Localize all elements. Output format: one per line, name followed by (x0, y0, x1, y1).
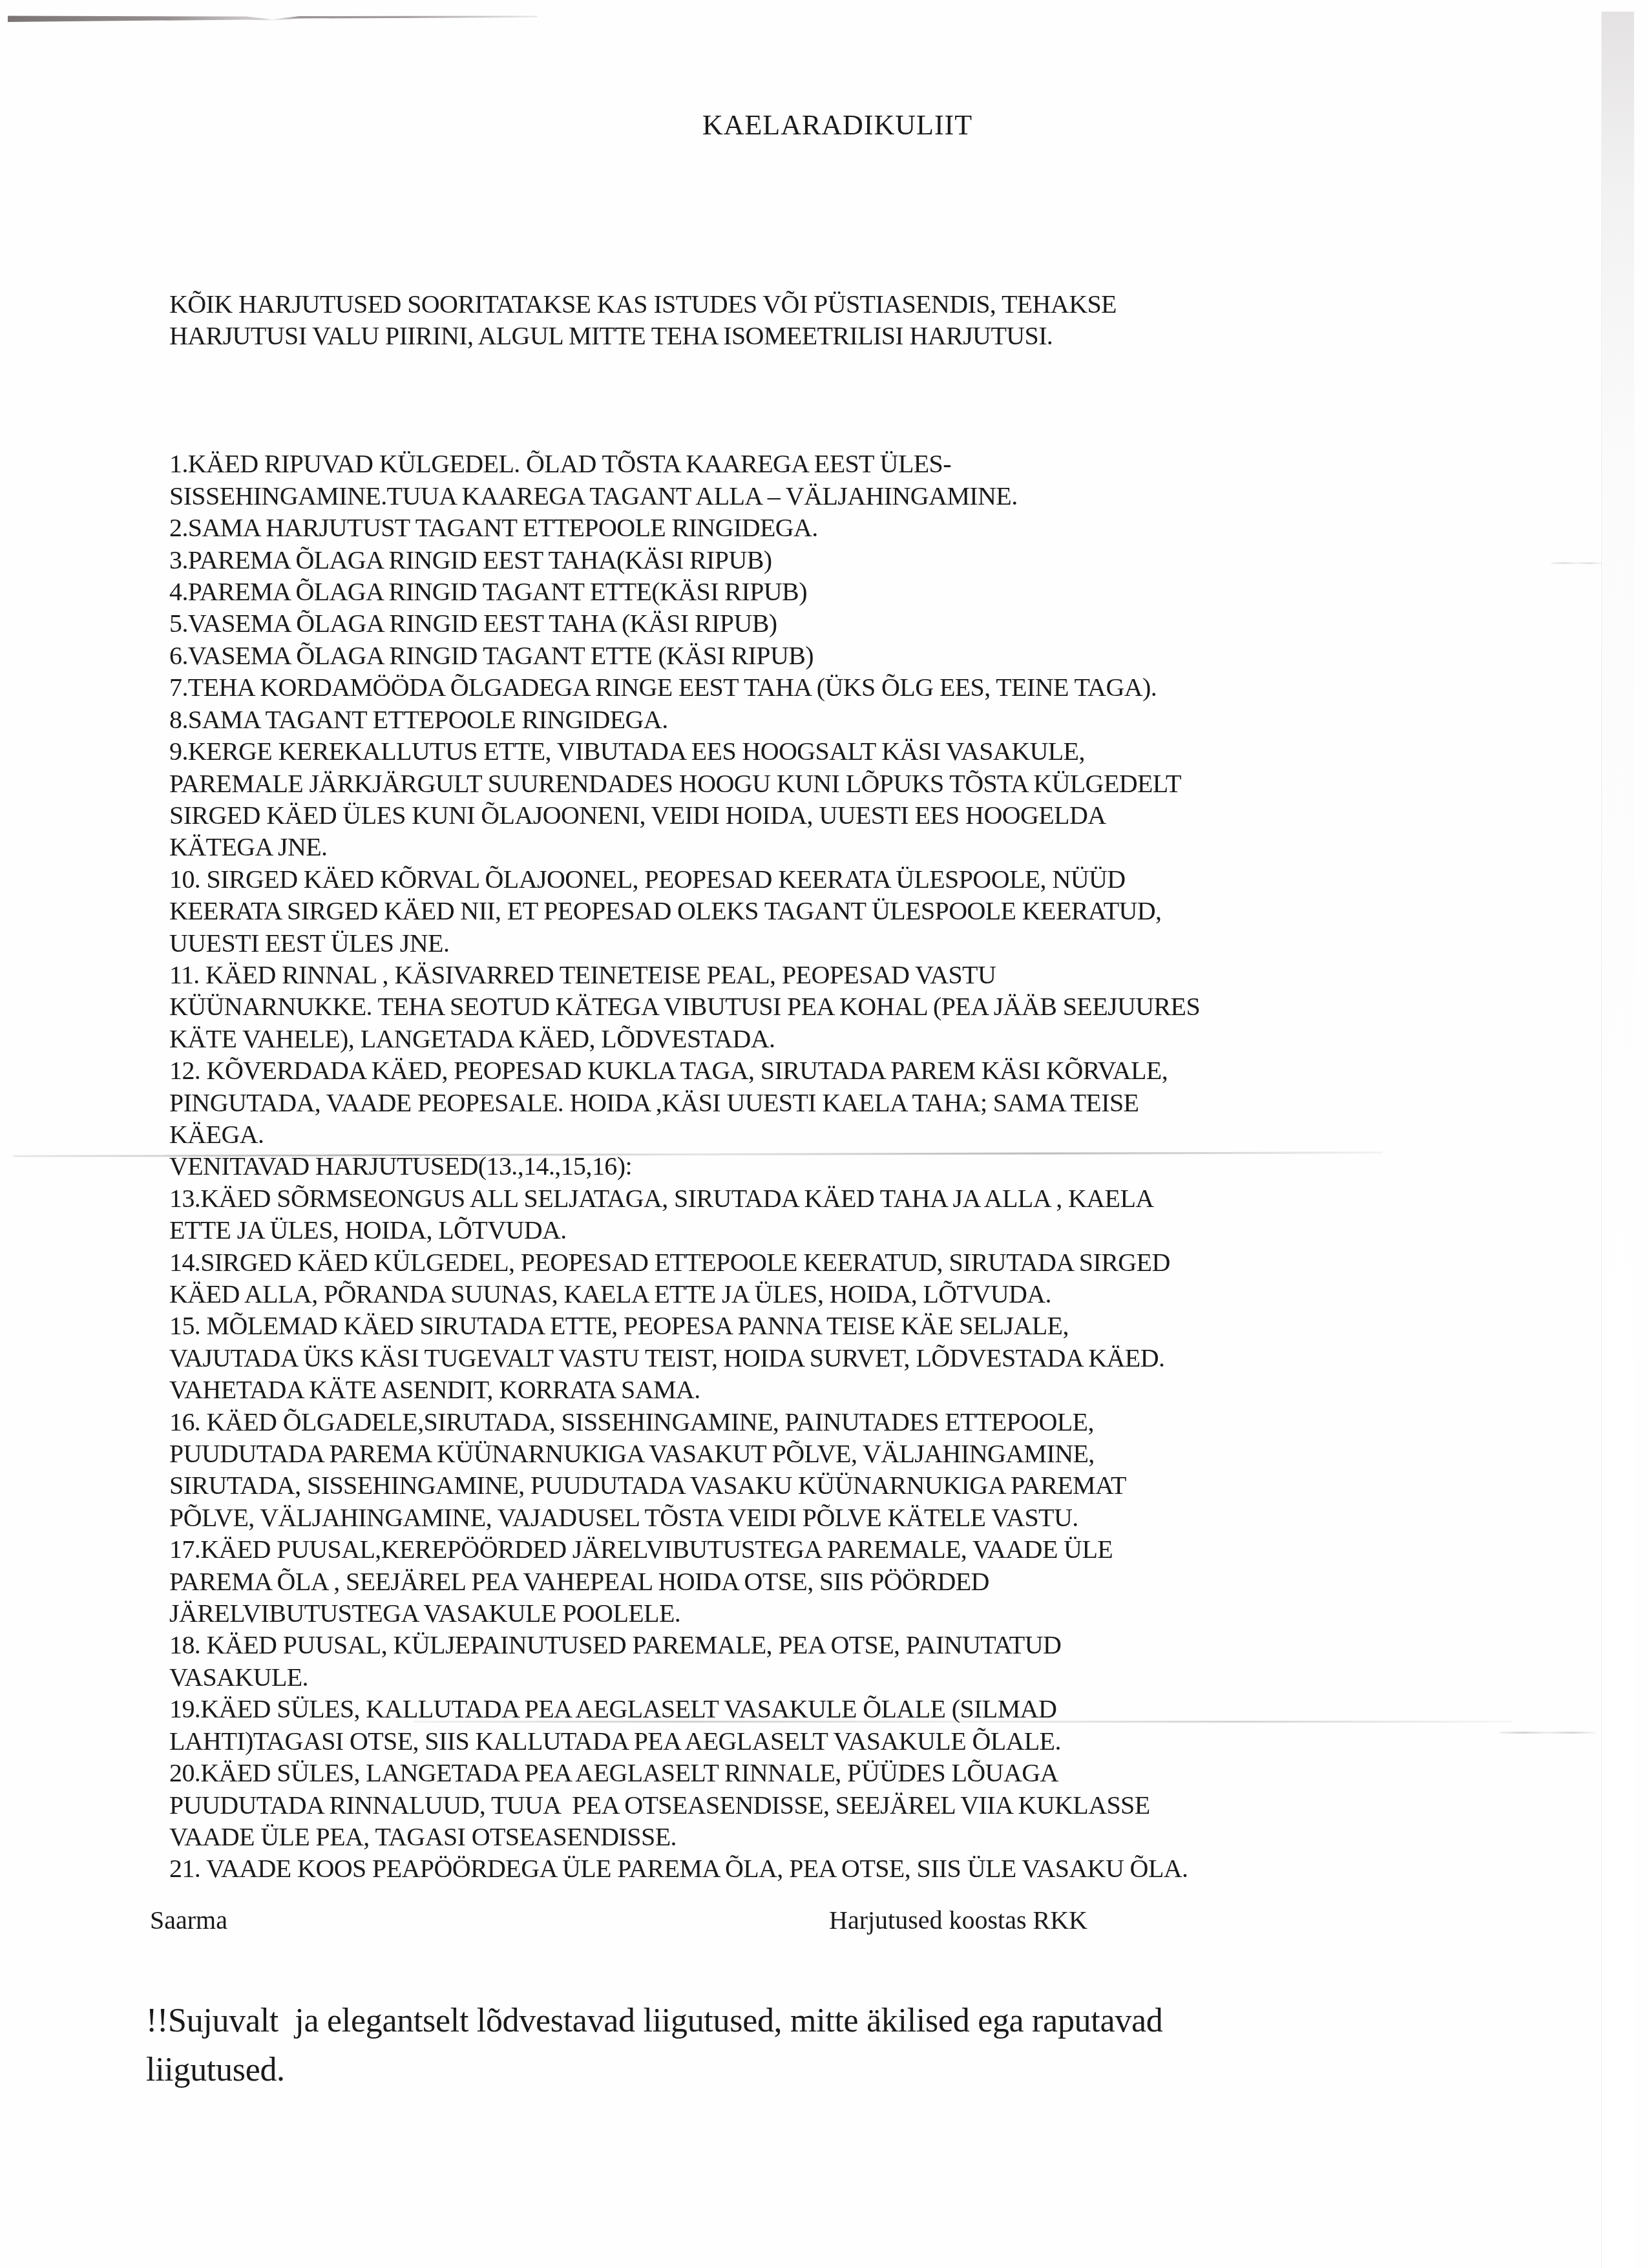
exercise-line: KEERATA SIRGED KÄED NII, ET PEOPESAD OLE… (169, 895, 1591, 927)
exercise-line: ETTE JA ÜLES, HOIDA, LÕTVUDA. (169, 1214, 1591, 1246)
exercise-line: PÕLVE, VÄLJAHINGAMINE, VAJADUSEL TÕSTA V… (169, 1502, 1591, 1533)
exercise-line: VAADE ÜLE PEA, TAGASI OTSEASENDISSE. (169, 1821, 1591, 1853)
closing-note-line: liigutused. (146, 2046, 1503, 2095)
exercise-list: 1.KÄED RIPUVAD KÜLGEDEL. ÕLAD TÕSTA KAAR… (169, 448, 1591, 1884)
exercise-line: KÄTEGA JNE. (169, 831, 1591, 863)
footer-location: Saarma (150, 1905, 227, 1935)
closing-note: !!Sujuvalt ja elegantselt lõdvestavad li… (146, 1997, 1503, 2095)
exercise-line: PINGUTADA, VAADE PEOPESALE. HOIDA ,KÄSI … (169, 1087, 1591, 1118)
scan-edge-artifact-top (8, 14, 538, 22)
exercise-line: 8.SAMA TAGANT ETTEPOOLE RINGIDEGA. (169, 704, 1591, 735)
exercise-line: PAREMALE JÄRKJÄRGULT SUURENDADES HOOGU K… (169, 768, 1591, 799)
closing-note-line: !!Sujuvalt ja elegantselt lõdvestavad li… (146, 1997, 1503, 2046)
exercise-line: 21. VAADE KOOS PEAPÖÖRDEGA ÜLE PAREMA ÕL… (169, 1853, 1591, 1884)
document-body: KÕIK HARJUTUSED SOORITATAKSE KAS ISTUDES… (169, 224, 1591, 1949)
exercise-line: PAREMA ÕLA , SEEJÄREL PEA VAHEPEAL HOIDA… (169, 1566, 1591, 1597)
exercise-line: SISSEHINGAMINE.TUUA KAAREGA TAGANT ALLA … (169, 480, 1591, 512)
exercise-line: 4.PAREMA ÕLAGA RINGID TAGANT ETTE(KÄSI R… (169, 576, 1591, 607)
exercise-line: LAHTI)TAGASI OTSE, SIIS KALLUTADA PEA AE… (169, 1725, 1591, 1757)
exercise-line: VASAKULE. (169, 1661, 1591, 1693)
exercise-line: 16. KÄED ÕLGADELE,SIRUTADA, SISSEHINGAMI… (169, 1406, 1591, 1438)
exercise-line: UUESTI EEST ÜLES JNE. (169, 927, 1591, 959)
exercise-line: 18. KÄED PUUSAL, KÜLJEPAINUTUSED PAREMAL… (169, 1629, 1591, 1661)
exercise-line: 20.KÄED SÜLES, LANGETADA PEA AEGLASELT R… (169, 1757, 1591, 1789)
exercise-line: 13.KÄED SÕRMSEONGUS ALL SELJATAGA, SIRUT… (169, 1182, 1591, 1214)
exercise-line: 2.SAMA HARJUTUST TAGANT ETTEPOOLE RINGID… (169, 512, 1591, 543)
exercise-line: 10. SIRGED KÄED KÕRVAL ÕLAJOONEL, PEOPES… (169, 863, 1591, 895)
exercise-line: 7.TEHA KORDAMÖÖDA ÕLGADEGA RINGE EEST TA… (169, 671, 1591, 703)
exercise-line: 11. KÄED RINNAL , KÄSIVARRED TEINETEISE … (169, 959, 1591, 991)
exercise-line: 19.KÄED SÜLES, KALLUTADA PEA AEGLASELT V… (169, 1693, 1591, 1725)
exercise-line: 6.VASEMA ÕLAGA RINGID TAGANT ETTE (KÄSI … (169, 640, 1591, 671)
footer-author-note: Harjutused koostas RKK (829, 1905, 1087, 1935)
exercise-line: VAHETADA KÄTE ASENDIT, KORRATA SAMA. (169, 1374, 1591, 1405)
exercise-line: SIRUTADA, SISSEHINGAMINE, PUUDUTADA VASA… (169, 1469, 1591, 1501)
intro-line: KÕIK HARJUTUSED SOORITATAKSE KAS ISTUDES… (169, 288, 1591, 320)
intro-paragraph: KÕIK HARJUTUSED SOORITATAKSE KAS ISTUDES… (169, 288, 1591, 352)
exercise-line: KÄTE VAHELE), LANGETADA KÄED, LÕDVESTADA… (169, 1023, 1591, 1055)
exercise-line: 5.VASEMA ÕLAGA RINGID EEST TAHA (KÄSI RI… (169, 607, 1591, 639)
scanned-page: KAELARADIKULIIT KÕIK HARJUTUSED SOORITAT… (0, 0, 1649, 2268)
exercise-line: 14.SIRGED KÄED KÜLGEDEL, PEOPESAD ETTEPO… (169, 1246, 1591, 1278)
scan-edge-artifact-right (1601, 12, 1634, 2268)
exercise-line: KÄEGA. (169, 1118, 1591, 1150)
exercise-line: 1.KÄED RIPUVAD KÜLGEDEL. ÕLAD TÕSTA KAAR… (169, 448, 1591, 479)
exercise-line: 15. MÕLEMAD KÄED SIRUTADA ETTE, PEOPESA … (169, 1310, 1591, 1341)
exercise-line: JÄRELVIBUTUSTEGA VASAKULE POOLELE. (169, 1597, 1591, 1629)
exercise-line: KÄED ALLA, PÕRANDA SUUNAS, KAELA ETTE JA… (169, 1278, 1591, 1310)
exercise-line: KÜÜNARNUKKE. TEHA SEOTUD KÄTEGA VIBUTUSI… (169, 991, 1591, 1022)
exercise-line: 12. KÕVERDADA KÄED, PEOPESAD KUKLA TAGA,… (169, 1055, 1591, 1086)
exercise-line: 9.KERGE KEREKALLUTUS ETTE, VIBUTADA EES … (169, 735, 1591, 767)
document-title: KAELARADIKULIIT (0, 109, 1649, 142)
intro-line: HARJUTUSI VALU PIIRINI, ALGUL MITTE TEHA… (169, 320, 1591, 352)
exercise-line: VAJUTADA ÜKS KÄSI TUGEVALT VASTU TEIST, … (169, 1342, 1591, 1374)
exercise-line: 3.PAREMA ÕLAGA RINGID EEST TAHA(KÄSI RIP… (169, 544, 1591, 576)
exercise-line: SIRGED KÄED ÜLES KUNI ÕLAJOONENI, VEIDI … (169, 799, 1591, 831)
exercise-line: VENITAVAD HARJUTUSED(13.,14.,15,16): (169, 1150, 1591, 1182)
exercise-line: PUUDUTADA RINNALUUD, TUUA PEA OTSEASENDI… (169, 1789, 1591, 1821)
exercise-line: 17.KÄED PUUSAL,KEREPÖÖRDED JÄRELVIBUTUST… (169, 1533, 1591, 1565)
exercise-line: PUUDUTADA PAREMA KÜÜNARNUKIGA VASAKUT PÕ… (169, 1438, 1591, 1469)
